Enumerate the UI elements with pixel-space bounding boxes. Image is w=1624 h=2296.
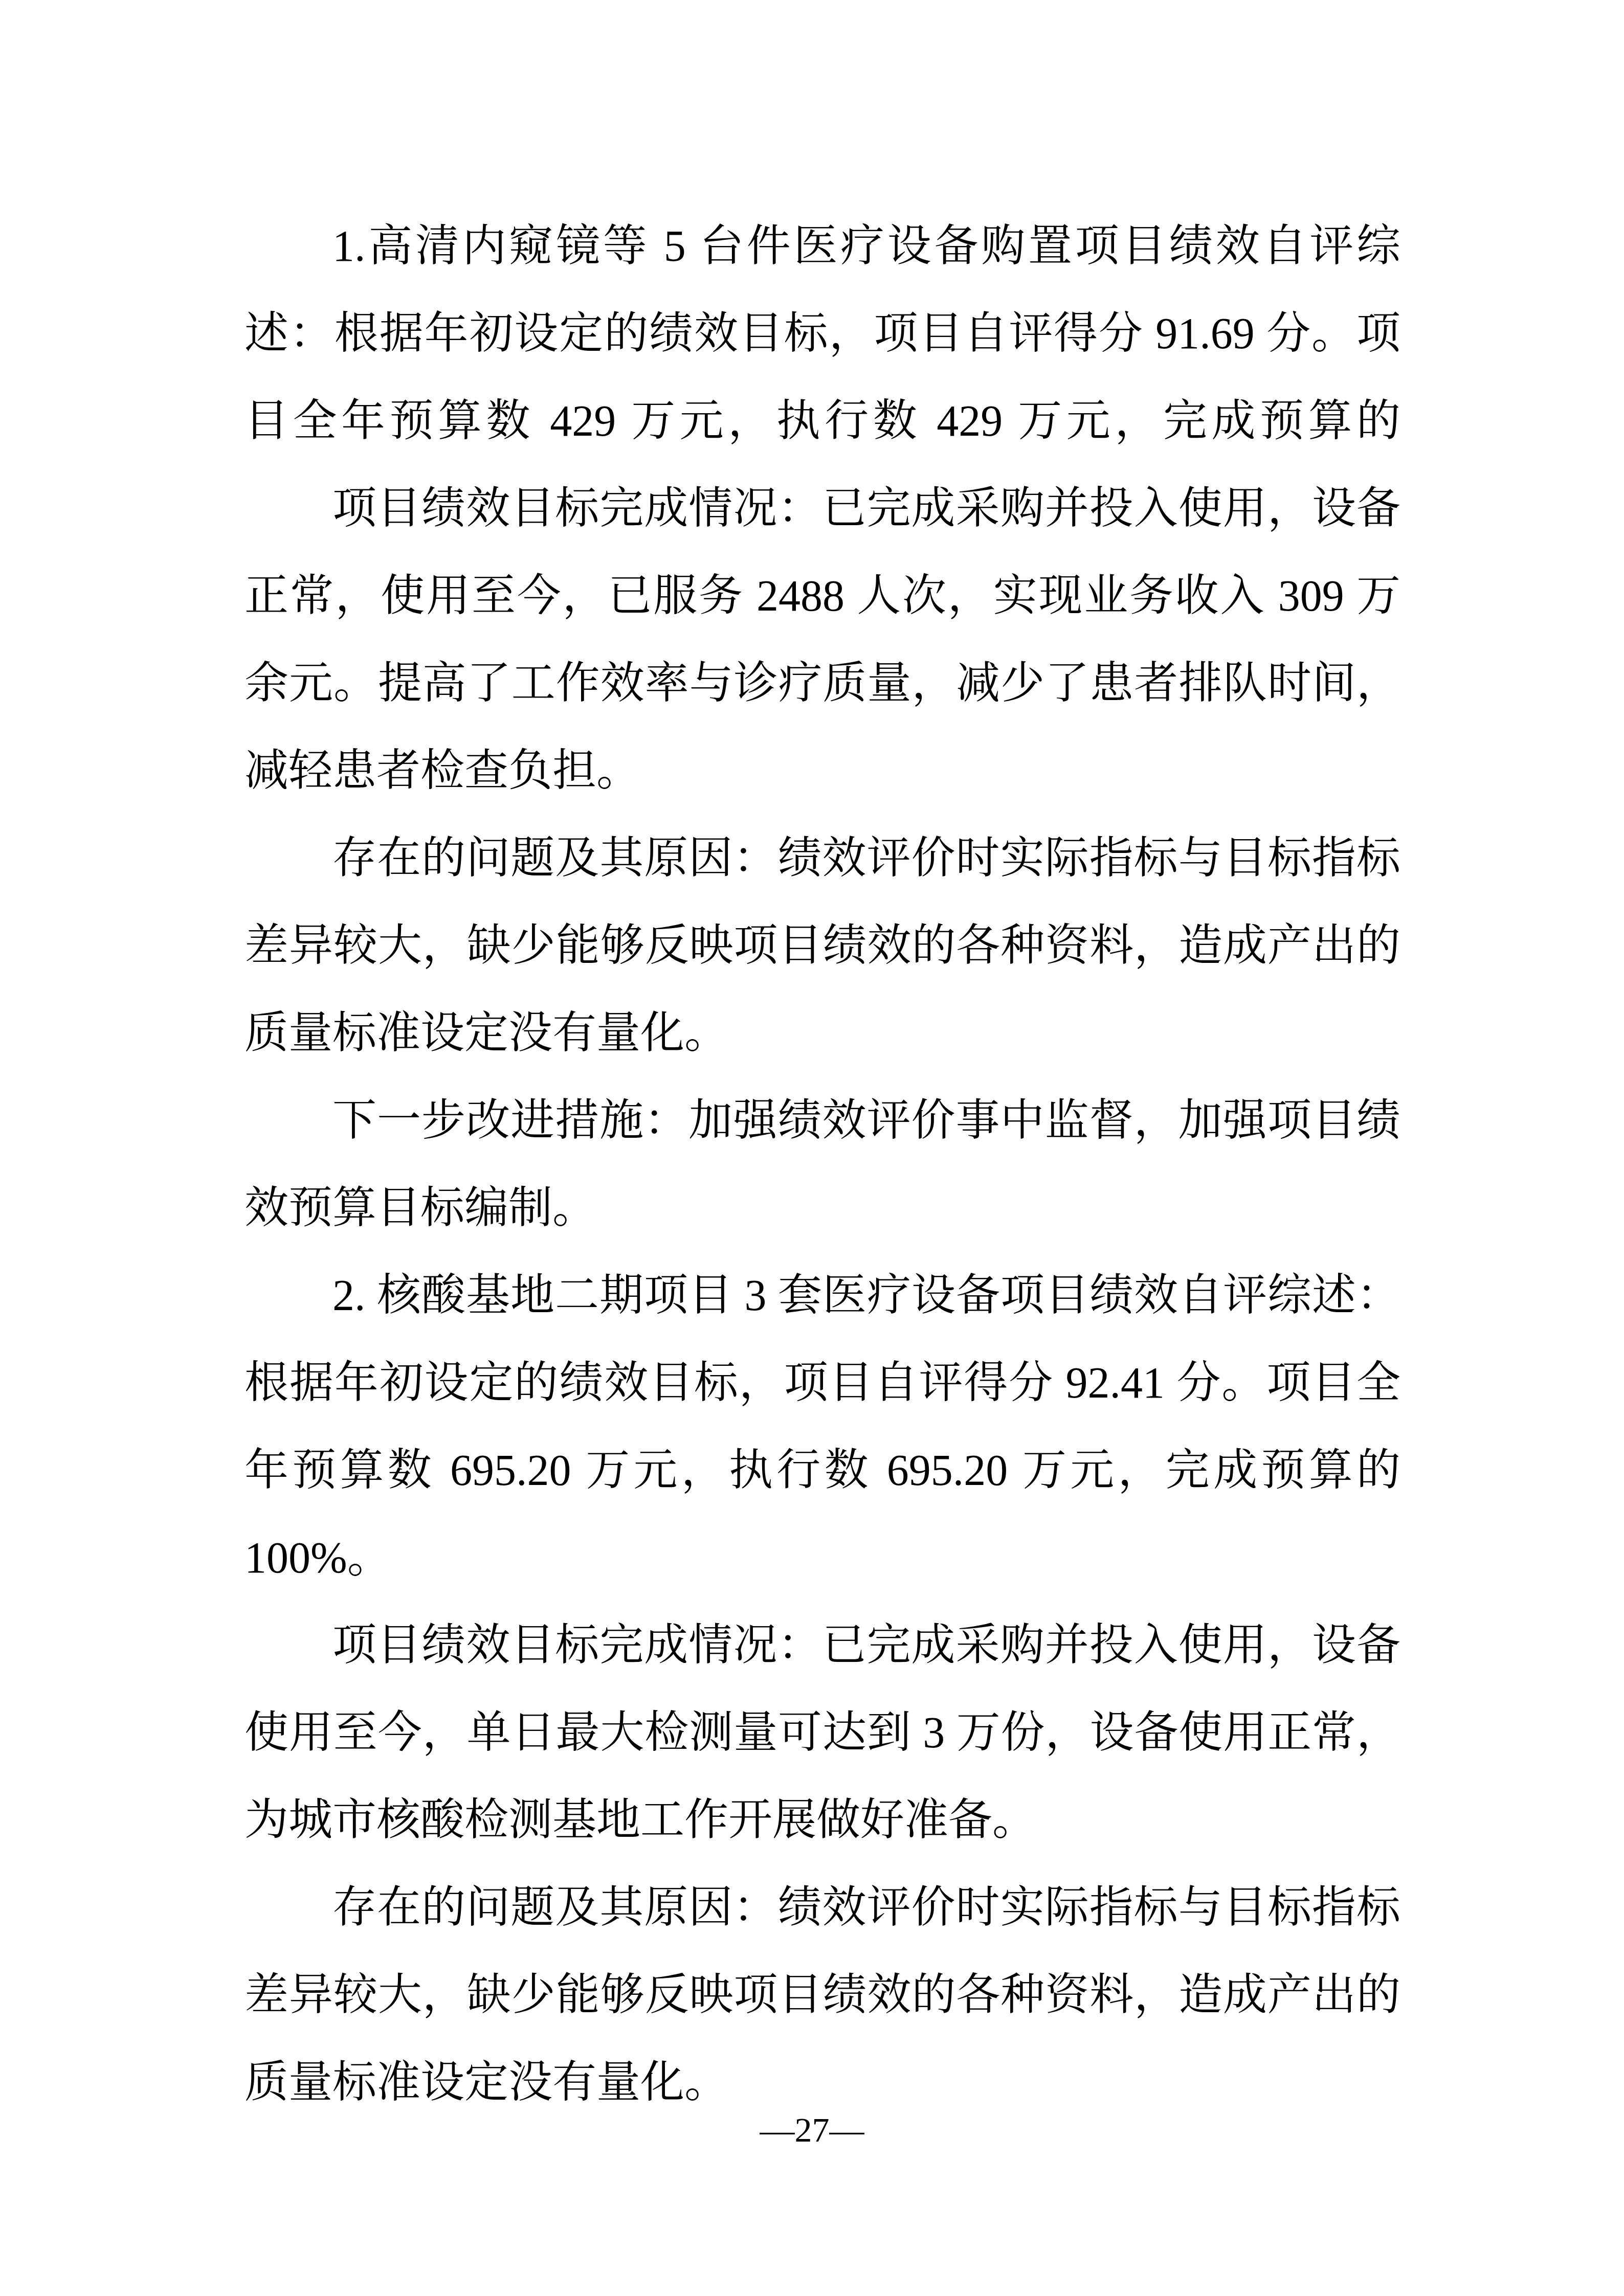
text-line: 使用至今，单日最大检测量可达到 3 万份，设备使用正常，	[244, 1689, 1400, 1776]
text-line: 项目绩效目标完成情况：已完成采购并投入使用，设备	[244, 465, 1400, 552]
text-line: 项目绩效目标完成情况：已完成采购并投入使用，设备	[244, 1602, 1400, 1689]
page-footer: —27—	[0, 2106, 1624, 2154]
page-number: —27—	[760, 2110, 864, 2149]
text-line: 为城市核酸检测基地工作开展做好准备。	[244, 1776, 1400, 1864]
text-line: 存在的问题及其原因：绩效评价时实际指标与目标指标	[244, 815, 1400, 902]
text-line: 效预算目标编制。	[244, 1164, 1400, 1252]
paragraph: 项目绩效目标完成情况：已完成采购并投入使用，设备使用至今，单日最大检测量可达到 …	[244, 1602, 1400, 1864]
paragraph: 存在的问题及其原因：绩效评价时实际指标与目标指标差异较大，缺少能够反映项目绩效的…	[244, 1864, 1400, 2126]
text-line: 述：根据年初设定的绩效目标，项目自评得分 91.69 分。项	[244, 290, 1400, 377]
text-line: 根据年初设定的绩效目标，项目自评得分 92.41 分。项目全	[244, 1339, 1400, 1427]
text-line: 2. 核酸基地二期项目 3 套医疗设备项目绩效自评综述：	[244, 1252, 1400, 1339]
text-line: 100%。	[244, 1514, 1400, 1602]
text-line: 1.高清内窥镜等 5 台件医疗设备购置项目绩效自评综	[244, 202, 1400, 290]
text-line: 存在的问题及其原因：绩效评价时实际指标与目标指标	[244, 1864, 1400, 1951]
text-line: 质量标准设定没有量化。	[244, 989, 1400, 1077]
text-line: 减轻患者检查负担。	[244, 727, 1400, 815]
text-line: 正常，使用至今，已服务 2488 人次，实现业务收入 309 万	[244, 552, 1400, 640]
paragraph: 存在的问题及其原因：绩效评价时实际指标与目标指标差异较大，缺少能够反映项目绩效的…	[244, 815, 1400, 1077]
text-line: 目全年预算数 429 万元，执行数 429 万元，完成预算的 100%。	[244, 377, 1400, 465]
text-line: 下一步改进措施：加强绩效评价事中监督，加强项目绩	[244, 1077, 1400, 1164]
paragraph: 2. 核酸基地二期项目 3 套医疗设备项目绩效自评综述：根据年初设定的绩效目标，…	[244, 1252, 1400, 1602]
text-line: 年预算数 695.20 万元，执行数 695.20 万元，完成预算的	[244, 1427, 1400, 1514]
text-line: 余元。提高了工作效率与诊疗质量，减少了患者排队时间，	[244, 640, 1400, 727]
text-line: 差异较大，缺少能够反映项目绩效的各种资料，造成产出的	[244, 1951, 1400, 2039]
paragraph: 下一步改进措施：加强绩效评价事中监督，加强项目绩效预算目标编制。	[244, 1077, 1400, 1252]
paragraph: 项目绩效目标完成情况：已完成采购并投入使用，设备正常，使用至今，已服务 2488…	[244, 465, 1400, 815]
paragraph: 1.高清内窥镜等 5 台件医疗设备购置项目绩效自评综述：根据年初设定的绩效目标，…	[244, 202, 1400, 465]
document-page: 1.高清内窥镜等 5 台件医疗设备购置项目绩效自评综述：根据年初设定的绩效目标，…	[0, 0, 1624, 2296]
document-body: 1.高清内窥镜等 5 台件医疗设备购置项目绩效自评综述：根据年初设定的绩效目标，…	[244, 202, 1400, 2126]
text-line: 差异较大，缺少能够反映项目绩效的各种资料，造成产出的	[244, 902, 1400, 989]
